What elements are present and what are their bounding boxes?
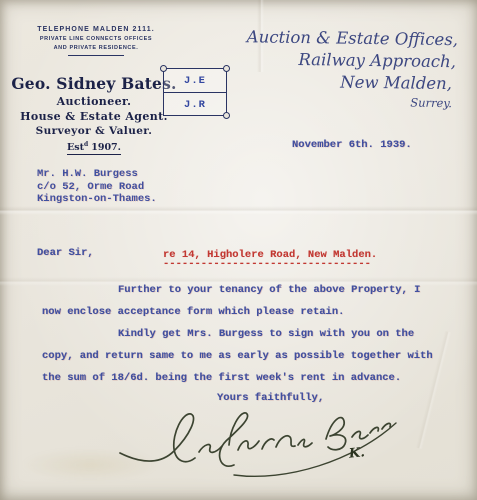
scroll-corner-icon xyxy=(160,65,167,72)
signature-stroke xyxy=(326,418,346,450)
subject-underline: --------------------------------- xyxy=(163,258,371,270)
signature-handwriting xyxy=(116,403,410,489)
telephone-number: TELEPHONE MALDEN 2111. xyxy=(26,26,166,33)
recipient-street: c/o 52, Orme Road xyxy=(37,181,157,194)
letterhead-firm-block: Geo. Sidney Bates. Auctioneer. House & E… xyxy=(8,74,180,155)
letterhead-telephone-block: TELEPHONE MALDEN 2111. PRIVATE LINE CONN… xyxy=(26,26,166,56)
established-prefix: Est xyxy=(67,142,84,153)
fold-crease-horizontal-1 xyxy=(0,206,477,215)
signature-stroke xyxy=(120,414,195,462)
recipient-name: Mr. H.W. Burgess xyxy=(37,168,157,181)
letter-date: November 6th. 1939. xyxy=(292,139,412,151)
body-line: the sum of 18/6d. being the first week's… xyxy=(42,372,401,384)
fold-crease-corner xyxy=(416,331,452,449)
signature-stroke xyxy=(220,413,248,466)
signature-stroke xyxy=(199,445,222,453)
stamp-initials-bottom: J.R xyxy=(164,93,226,116)
office-address-block: Auction & Estate Offices, Railway Approa… xyxy=(228,26,468,108)
firm-established: Estd1907. xyxy=(67,141,121,155)
firm-role-auctioneer: Auctioneer. xyxy=(8,95,180,108)
signature-clerk-initial: K. xyxy=(348,445,365,462)
firm-name: Geo. Sidney Bates. xyxy=(8,74,180,93)
recipient-town: Kingston-on-Thames. xyxy=(37,193,157,206)
body-line: Kindly get Mrs. Burgess to sign with you… xyxy=(118,328,414,340)
office-address-line: Surrey. xyxy=(228,92,468,111)
firm-role-surveyor: Surveyor & Valuer. xyxy=(8,125,180,137)
salutation: Dear Sir, xyxy=(37,247,94,259)
letterhead-rule xyxy=(68,55,124,56)
established-superscript: d xyxy=(84,141,88,148)
recipient-address-block: Mr. H.W. Burgess c/o 52, Orme Road Kings… xyxy=(37,168,157,206)
private-line-note-1: PRIVATE LINE CONNECTS OFFICES xyxy=(26,36,166,42)
stamp-initials-top: J.E xyxy=(164,69,226,93)
scroll-curl-icon xyxy=(223,112,230,119)
private-line-note-2: AND PRIVATE RESIDENCE. xyxy=(26,45,166,51)
firm-role-estate-agent: House & Estate Agent. xyxy=(8,110,180,123)
body-line: copy, and return same to me as early as … xyxy=(42,350,433,362)
reference-stamp-scroll: J.E J.R xyxy=(163,68,227,116)
body-line: now enclose acceptance form which please… xyxy=(42,306,344,318)
signature-stroke xyxy=(238,436,312,450)
established-year: 1907. xyxy=(91,142,121,153)
letter-page: TELEPHONE MALDEN 2111. PRIVATE LINE CONN… xyxy=(0,0,477,500)
signature-stroke xyxy=(352,423,390,438)
body-line: Further to your tenancy of the above Pro… xyxy=(118,284,420,296)
